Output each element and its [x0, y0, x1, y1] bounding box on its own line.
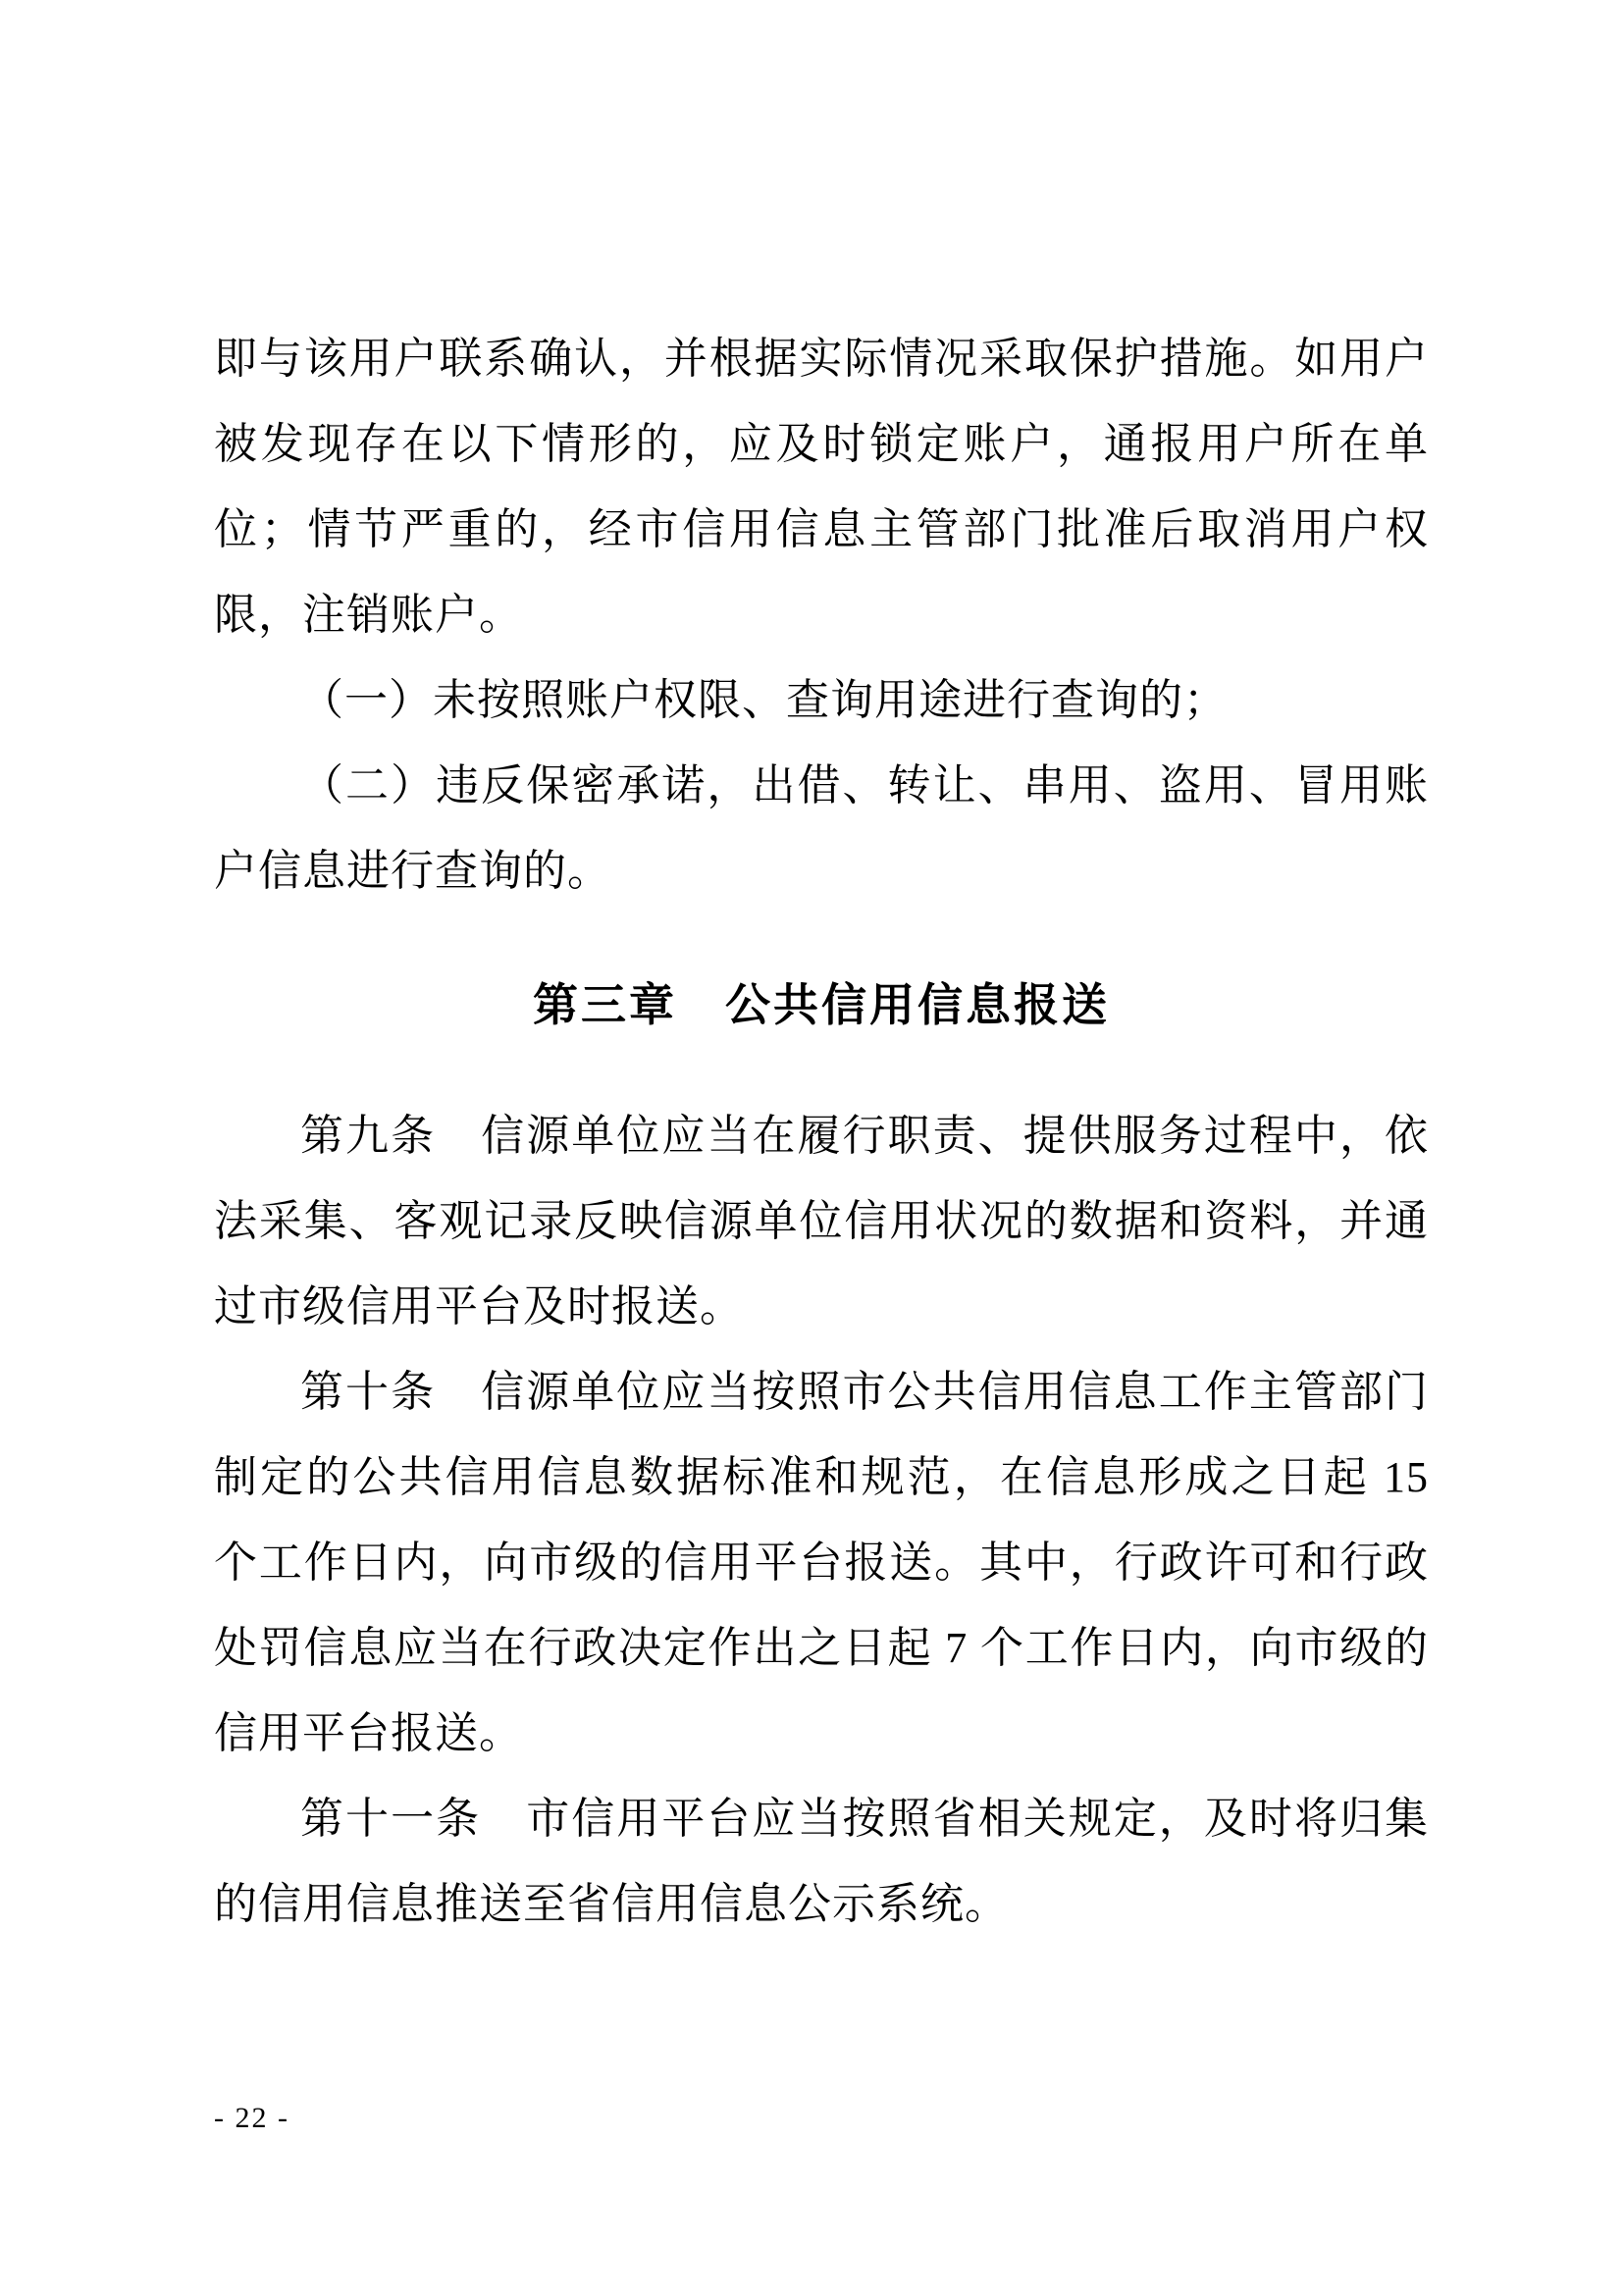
article-9-paragraph: 第九条 信源单位应当在履行职责、提供服务过程中，依法采集、客观记录反映信源单位信… [214, 1093, 1429, 1349]
paragraph-continuation: 即与该用户联系确认，并根据实际情况采取保护措施。如用户被发现存在以下情形的，应及… [214, 316, 1429, 657]
chapter-heading: 第三章 公共信用信息报送 [214, 963, 1429, 1048]
list-item-2: （二）违反保密承诺，出借、转让、串用、盗用、冒用账户信息进行查询的。 [214, 743, 1429, 913]
list-item-1: （一）未按照账户权限、查询用途进行查询的； [214, 657, 1429, 743]
page-body: 即与该用户联系确认，并根据实际情况采取保护措施。如用户被发现存在以下情形的，应及… [214, 316, 1429, 1947]
article-10-paragraph: 第十条 信源单位应当按照市公共信用信息工作主管部门制定的公共信用信息数据标准和规… [214, 1349, 1429, 1776]
page-number: - 22 - [214, 2101, 289, 2136]
document-page: 即与该用户联系确认，并根据实际情况采取保护措施。如用户被发现存在以下情形的，应及… [0, 0, 1624, 2296]
article-11-paragraph: 第十一条 市信用平台应当按照省相关规定，及时将归集的信用信息推送至省信用信息公示… [214, 1776, 1429, 1947]
